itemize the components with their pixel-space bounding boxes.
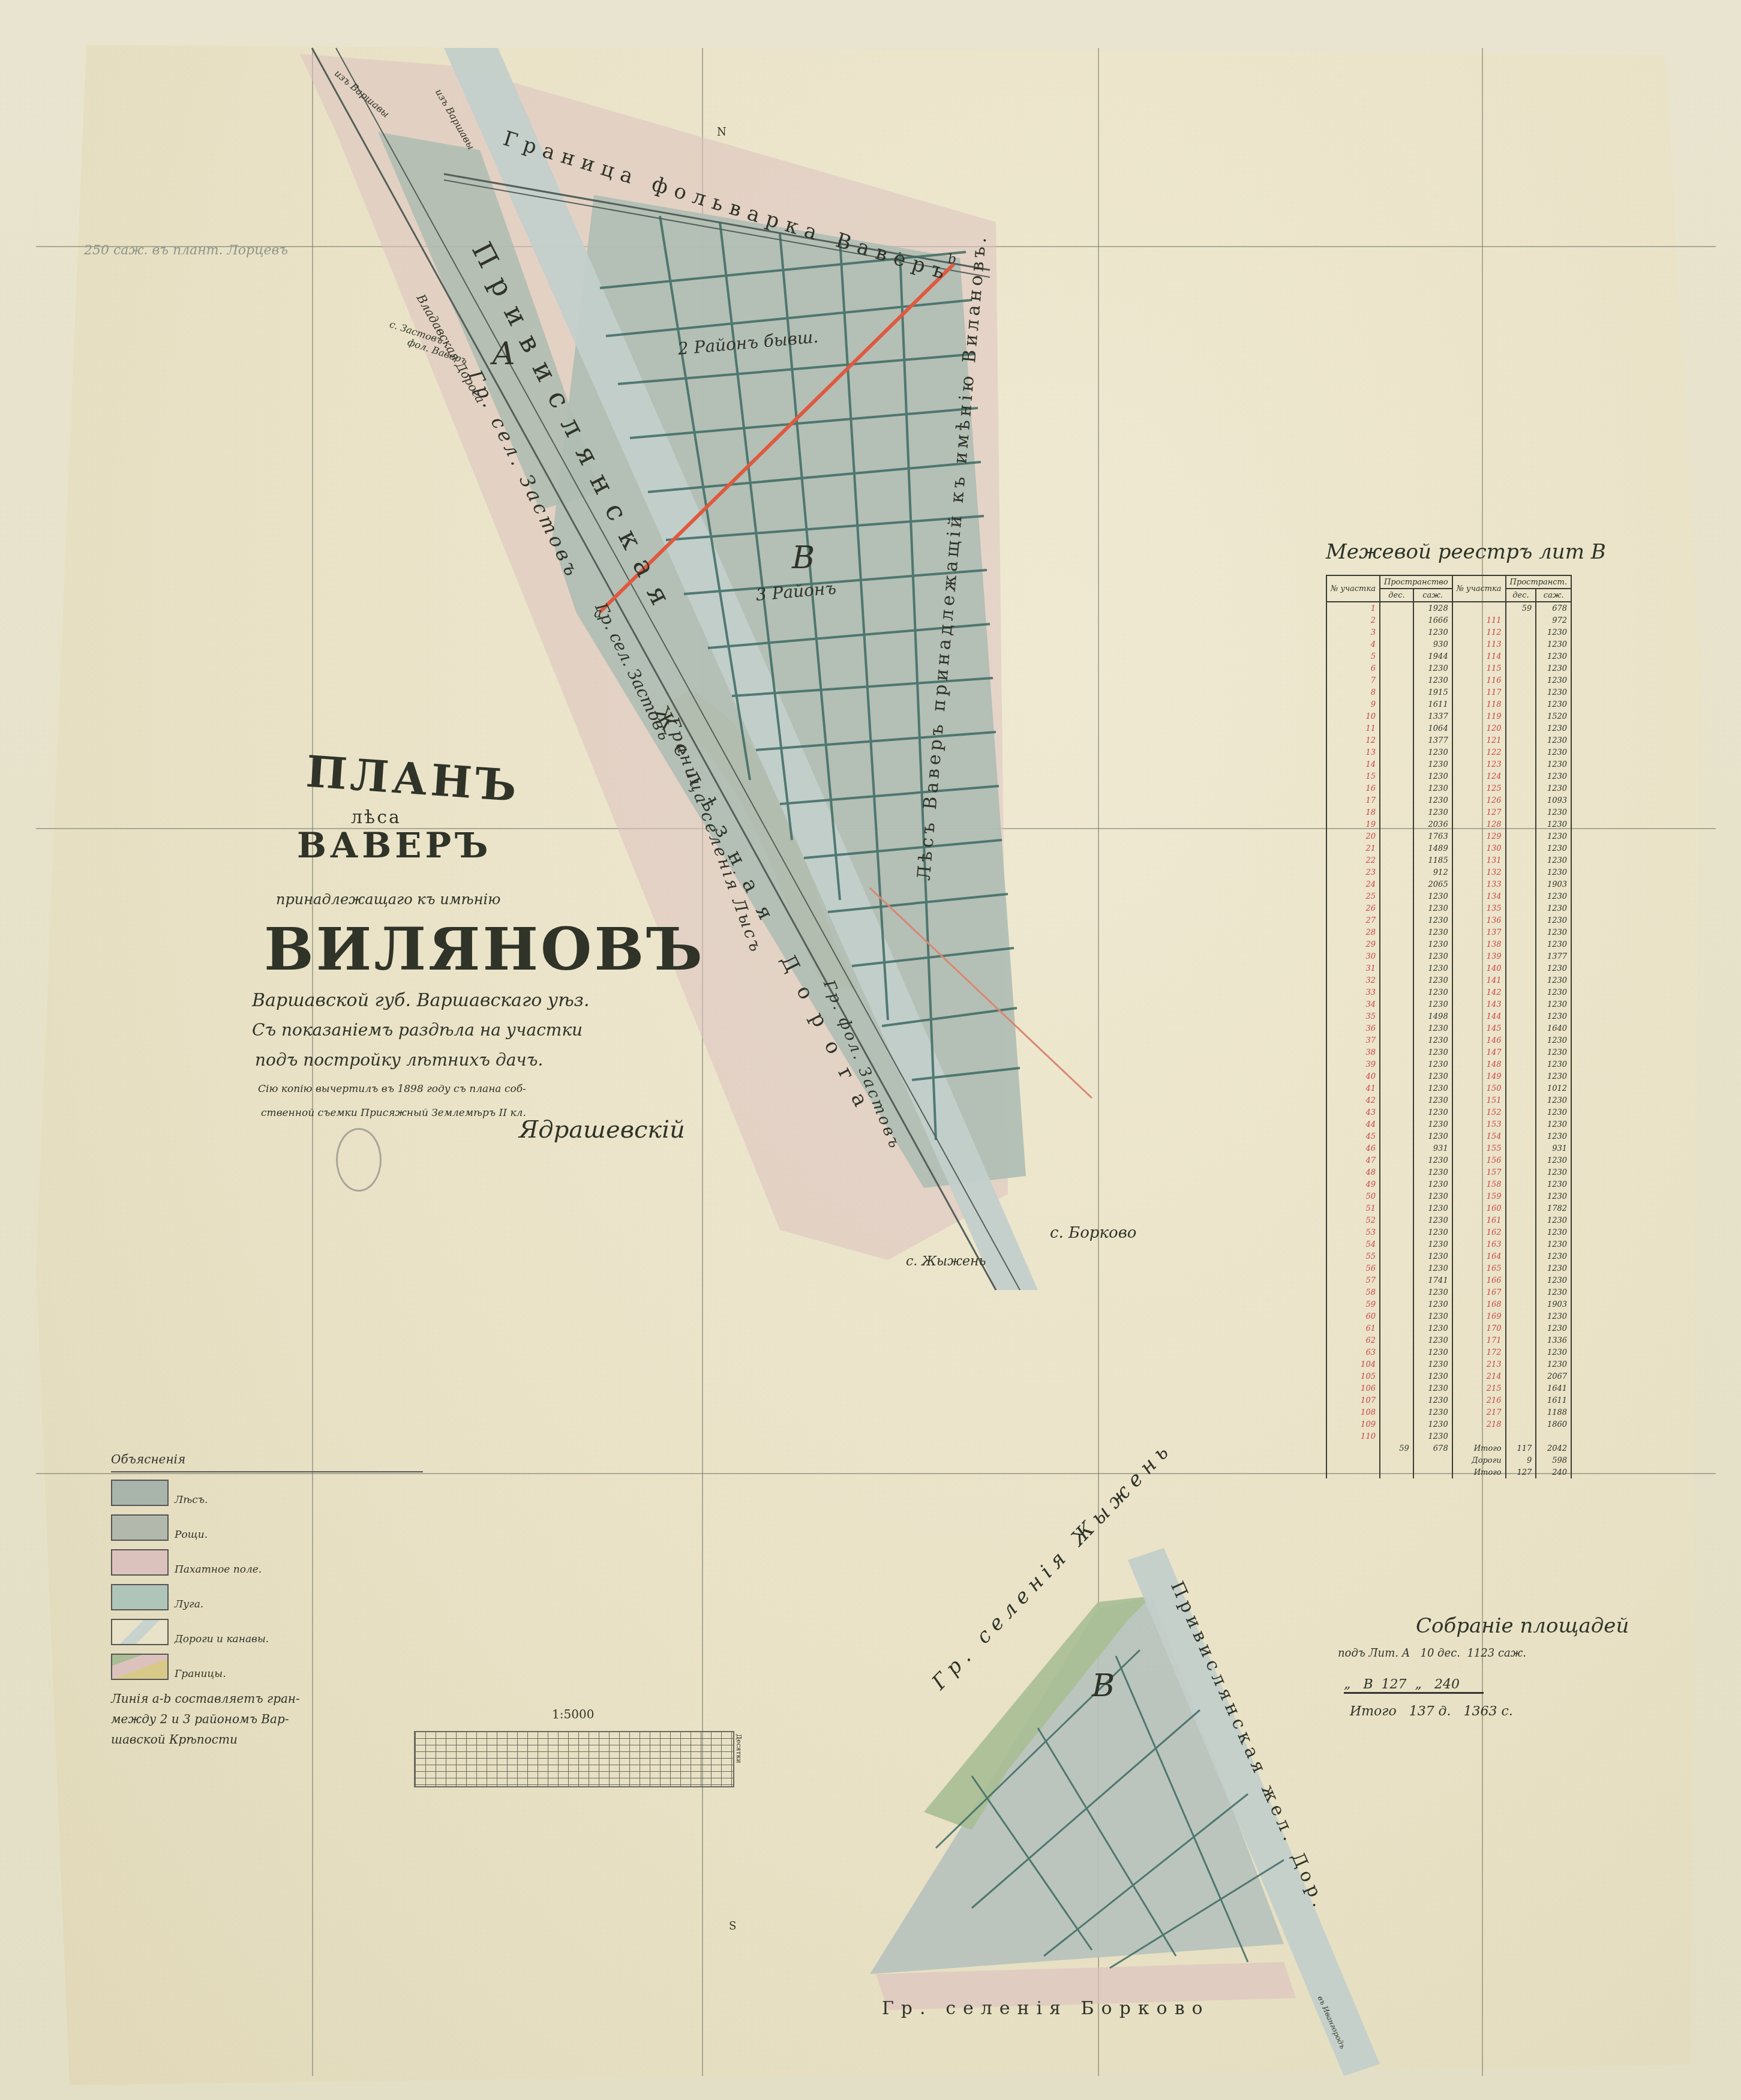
register-row: 10512302142067 — [1326, 1370, 1571, 1382]
map-sheet: ПЛАНЪ лѣса ВАВЕРЪ принадлежащаго къ имѣн… — [0, 0, 1741, 2100]
register-row: 2017631291230 — [1326, 830, 1571, 842]
seal-stamp-icon — [336, 1128, 382, 1192]
register-row: 10912302181860 — [1326, 1418, 1571, 1430]
summary-title: Собраніе площадей — [1416, 1614, 1629, 1638]
register-row: 4412301531230 — [1326, 1118, 1571, 1130]
register-row: 1013371191520 — [1326, 710, 1571, 722]
register-row: 1812301271230 — [1326, 806, 1571, 818]
legend-item-meadow: Луга. — [111, 1584, 423, 1610]
register-row: 4012301491230 — [1326, 1070, 1571, 1082]
register-row: 6112301701230 — [1326, 1322, 1571, 1334]
label-point-b: b — [948, 252, 956, 267]
register-row: 1213771211230 — [1326, 734, 1571, 746]
register-row: 4812301571230 — [1326, 1166, 1571, 1178]
forest-swatch-icon — [111, 1480, 169, 1506]
register-row: 5012301591230 — [1326, 1190, 1571, 1202]
legend-note-2: между 2 и 3 райономъ Вар- — [111, 1709, 423, 1729]
legend-header: Объясненія — [111, 1452, 423, 1472]
register-row: 1512301241230 — [1326, 770, 1571, 782]
register-row: 5312301621230 — [1326, 1226, 1571, 1238]
register-row: 1920361281230 — [1326, 818, 1571, 830]
register-row: 5912301681903 — [1326, 1298, 1571, 1310]
register-row: 312301121230 — [1326, 626, 1571, 638]
label-inset-lit-b: В — [1092, 1668, 1115, 1704]
summary-total: Итого 137 д. 1363 с. — [1350, 1704, 1513, 1719]
legend-item-borders: Границы. — [111, 1654, 423, 1680]
groves-swatch-icon — [111, 1514, 169, 1541]
register-row: 4312301521230 — [1326, 1106, 1571, 1118]
legend-note-1: Линія а-b составляетъ гран- — [111, 1688, 423, 1709]
register-row: 3412301431230 — [1326, 998, 1571, 1010]
surveyor-signature: Ядрашевскій — [519, 1116, 685, 1144]
register-row: 6312301721230 — [1326, 1346, 1571, 1358]
register-row: 49301131230 — [1326, 638, 1571, 650]
register-body: 1192859678216661119723123011212304930113… — [1326, 602, 1571, 1442]
register-row: 21666111972 — [1326, 614, 1571, 626]
register-row: 5412301631230 — [1326, 1238, 1571, 1250]
col-des: дес. — [1380, 589, 1413, 602]
register-row: 5512301641230 — [1326, 1250, 1571, 1262]
register-row: 4112301501012 — [1326, 1082, 1571, 1094]
register-row: 3612301451640 — [1326, 1022, 1571, 1034]
register-row: 46931155931 — [1326, 1142, 1571, 1154]
register-row: 5717411661230 — [1326, 1274, 1571, 1286]
summary-line-b: „ В 127 „ 240 — [1344, 1677, 1484, 1694]
register-row: 239121321230 — [1326, 866, 1571, 878]
borders-swatch-icon — [111, 1654, 169, 1680]
register-row: 3212301411230 — [1326, 974, 1571, 986]
register-row: 3312301421230 — [1326, 986, 1571, 998]
register-row: 1412301231230 — [1326, 758, 1571, 770]
register-row: 5212301611230 — [1326, 1214, 1571, 1226]
register-row: 2612301351230 — [1326, 902, 1571, 914]
register-row: 4712301561230 — [1326, 1154, 1571, 1166]
label-inset-border-s: Гр. селенія Борково — [882, 1998, 1210, 2019]
col-sazh-2: саж. — [1536, 589, 1571, 602]
register-row: 3812301471230 — [1326, 1046, 1571, 1058]
register-row: 3012301391377 — [1326, 950, 1571, 962]
legend: Объясненія Лѣсъ. Рощи. Пахатное поле. Лу… — [111, 1452, 423, 1750]
summary-line-a: подъ Лит. А 10 дес. 1123 саж. — [1338, 1647, 1526, 1660]
title-region: Варшавской губ. Варшавскаго уѣз. — [252, 990, 590, 1011]
register-row: 5112301601782 — [1326, 1202, 1571, 1214]
register-row: 1712301261093 — [1326, 794, 1571, 806]
register-row: 10612302151641 — [1326, 1382, 1571, 1394]
register-row: 819151171230 — [1326, 686, 1571, 698]
legend-item-roads: Дороги и канавы. — [111, 1619, 423, 1645]
register-row: 2912301381230 — [1326, 938, 1571, 950]
register-row: 3912301481230 — [1326, 1058, 1571, 1070]
label-lit-b: В — [792, 540, 815, 576]
col-des-2: дес. — [1506, 589, 1536, 602]
legend-item-forest: Лѣсъ. — [111, 1480, 423, 1506]
col-parcel-no: № участка — [1326, 575, 1380, 602]
register-grand-total-row: Итого 127 240 — [1326, 1466, 1571, 1478]
boundary-register: Межевой реестръ лит В № участка Простран… — [1326, 540, 1650, 1478]
register-row: 6212301711336 — [1326, 1334, 1571, 1346]
legend-item-field: Пахатное поле. — [111, 1549, 423, 1576]
legend-item-groves: Рощи. — [111, 1514, 423, 1541]
register-row: 2512301341230 — [1326, 890, 1571, 902]
legend-note-3: шавской Крѣпости — [111, 1729, 423, 1750]
col-area: Пространство — [1380, 575, 1452, 589]
scale-label: 1:5000 — [552, 1707, 594, 1721]
north-arrow-label: N — [717, 126, 727, 139]
title-vaver: ВАВЕРЪ — [297, 825, 492, 866]
label-village-zhyzhen: с. Жыжень — [906, 1254, 986, 1269]
register-row: 5612301651230 — [1326, 1262, 1571, 1274]
register-row: 3112301401230 — [1326, 962, 1571, 974]
register-row: 2420651331903 — [1326, 878, 1571, 890]
pencil-note: 250 саж. въ плант. Лорцевъ — [84, 243, 288, 258]
register-row: 1312301221230 — [1326, 746, 1571, 758]
register-row: 1101230 — [1326, 1430, 1571, 1442]
register-row: 612301151230 — [1326, 662, 1571, 674]
register-row: 712301161230 — [1326, 674, 1571, 686]
south-arrow-label: S — [729, 1920, 736, 1933]
title-subtitle-2: подъ постройку лѣтнихъ дачъ. — [255, 1050, 543, 1070]
register-row: 4912301581230 — [1326, 1178, 1571, 1190]
register-row: 4212301511230 — [1326, 1094, 1571, 1106]
register-row: 2114891301230 — [1326, 842, 1571, 854]
col-parcel-no-2: № участка — [1452, 575, 1506, 602]
scale-side-label: Десятки — [735, 1734, 743, 1763]
register-row: 3712301461230 — [1326, 1034, 1571, 1046]
register-row: 2812301371230 — [1326, 926, 1571, 938]
title-subtitle-1: Съ показаніемъ раздѣла на участки — [252, 1020, 583, 1040]
register-row: 6012301691230 — [1326, 1310, 1571, 1322]
register-row: 2712301361230 — [1326, 914, 1571, 926]
register-roads-row: Дороги 9 598 — [1326, 1454, 1571, 1466]
register-row: 4512301541230 — [1326, 1130, 1571, 1142]
register-row: 2211851311230 — [1326, 854, 1571, 866]
col-sazh: саж. — [1413, 589, 1452, 602]
col-area-2: Пространст. — [1506, 575, 1571, 589]
label-point-a: а — [594, 606, 602, 621]
surveyor-credit-2: ственной съемки Присяжный Землемѣръ II к… — [261, 1107, 526, 1119]
register-total-row: 59 678 Итого 117 2042 — [1326, 1442, 1571, 1454]
meadow-swatch-icon — [111, 1584, 169, 1610]
title-vilyanov: ВИЛЯНОВЪ — [264, 915, 705, 984]
register-row: 5812301671230 — [1326, 1286, 1571, 1298]
roads-swatch-icon — [111, 1619, 169, 1645]
register-row: 916111181230 — [1326, 698, 1571, 710]
register-row: 3514981441230 — [1326, 1010, 1571, 1022]
title-belonging: принадлежащаго къ имѣнію — [276, 891, 500, 908]
register-row: 519441141230 — [1326, 650, 1571, 662]
register-title: Межевой реестръ лит В — [1326, 540, 1650, 564]
register-row: 1192859678 — [1326, 602, 1571, 614]
register-row: 10712302161611 — [1326, 1394, 1571, 1406]
label-village-borkovo: с. Борково — [1050, 1224, 1136, 1242]
register-row: 1612301251230 — [1326, 782, 1571, 794]
register-row: 10412302131230 — [1326, 1358, 1571, 1370]
label-lit-a: А — [492, 336, 515, 372]
surveyor-credit-1: Сію копію вычертилъ въ 1898 году съ план… — [258, 1083, 526, 1095]
field-swatch-icon — [111, 1549, 169, 1576]
register-row: 10812302171188 — [1326, 1406, 1571, 1418]
register-row: 1110641201230 — [1326, 722, 1571, 734]
register-table: № участка Пространство № участка Простра… — [1326, 575, 1572, 1478]
scale-bar — [414, 1731, 734, 1787]
